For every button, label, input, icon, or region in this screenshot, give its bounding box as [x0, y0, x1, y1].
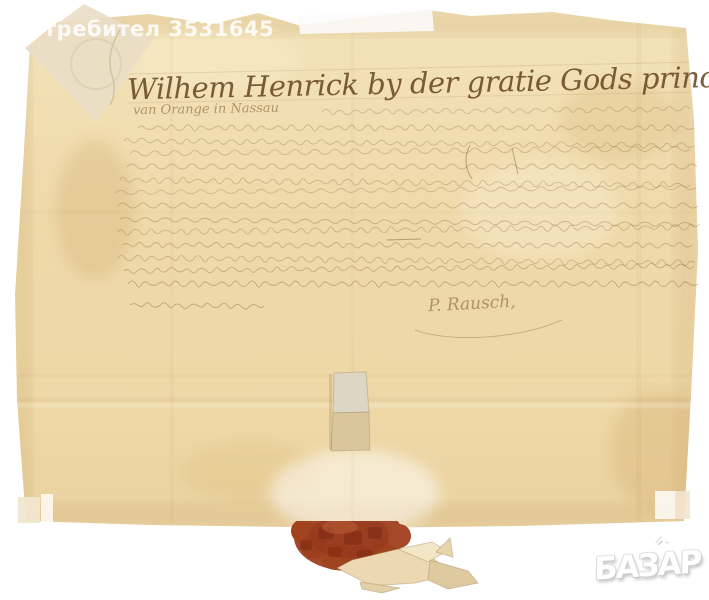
parchment-illustration [0, 0, 709, 600]
fold-crease-horizontal-upper [14, 211, 698, 214]
stand-clip-left [18, 494, 53, 523]
top-paper-strip [298, 10, 434, 34]
listing-photo: Потребител 3531645 Wilhem Henrick by der… [0, 0, 709, 600]
stand-clip-right [655, 491, 690, 519]
seal-tag-strip [329, 372, 370, 451]
fold-crease-vertical-right [637, 18, 641, 524]
fold-crease-vertical-left [170, 12, 173, 526]
